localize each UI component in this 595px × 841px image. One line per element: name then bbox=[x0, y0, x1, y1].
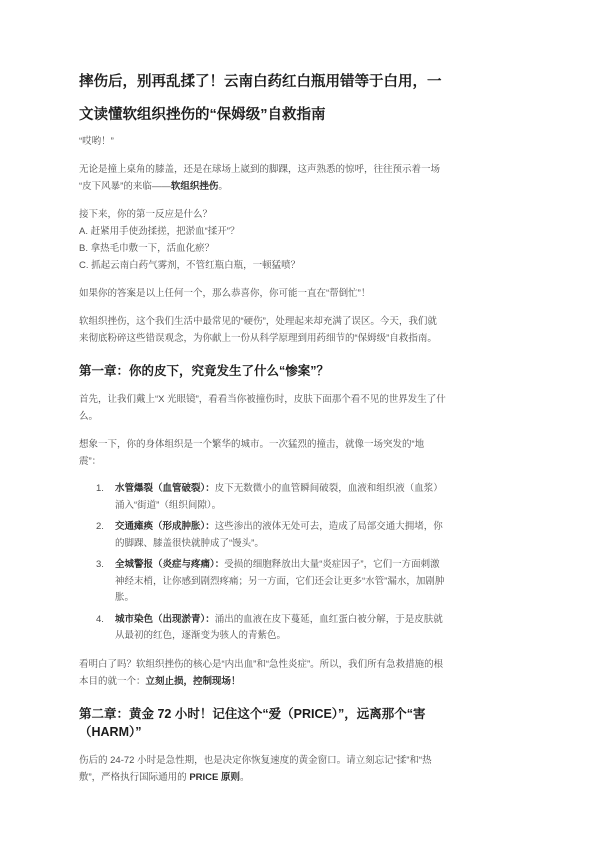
list-item-title: 城市染色（出现淤青）： bbox=[115, 614, 215, 625]
misconception-paragraph: 软组织挫伤，这个我们生活中最常见的“硬伤”，处理起来却充满了误区。今天，我们就来… bbox=[79, 313, 446, 347]
golden-window-period: 。 bbox=[240, 772, 250, 783]
question-option-c: C. 抓起云南白药气雾剂，不管红瓶白瓶，一顿猛喷？ bbox=[79, 257, 446, 274]
chapter2-heading: 第二章：黄金 72 小时！记住这个“爱（PRICE）”，远离那个“害（HARM）… bbox=[79, 705, 446, 741]
list-item-number: 1. bbox=[96, 481, 104, 498]
summary-bold: 立刻止损，控制现场！ bbox=[146, 676, 241, 687]
document-page: 摔伤后，别再乱揉了！云南白药红白瓶用错等于白用，一文读懂软组织挫伤的“保姆级”自… bbox=[0, 0, 595, 841]
list-item-number: 4. bbox=[96, 612, 104, 629]
intro-bold-term: 软组织挫伤 bbox=[171, 181, 219, 192]
price-principle-bold: PRICE 原则 bbox=[189, 772, 240, 783]
chapter1-heading: 第一章：你的皮下，究竟发生了什么“惨案”？ bbox=[79, 362, 446, 380]
list-item-number: 2. bbox=[96, 519, 104, 536]
list-item-title: 全城警报（炎症与疼痛）： bbox=[115, 559, 224, 570]
question-option-a: A. 赶紧用手使劲揉搓，把淤血“揉开”？ bbox=[79, 223, 446, 240]
summary-paragraph: 看明白了吗？软组织挫伤的核心是“内出血”和“急性炎症”。所以，我们所有急救措施的… bbox=[79, 656, 446, 690]
summary-text: 看明白了吗？软组织挫伤的核心是“内出血”和“急性炎症”。所以，我们所有急救措施的… bbox=[79, 659, 443, 687]
city-metaphor-paragraph: 想象一下，你的身体组织是一个繁华的城市。一次猛烈的撞击，就像一场突发的“地震”： bbox=[79, 436, 446, 470]
list-item: 1.水管爆裂（血管破裂）：皮下无数微小的血管瞬间破裂，血液和组织液（血浆）涌入“… bbox=[115, 481, 446, 514]
list-item: 3.全城警报（炎症与疼痛）：受损的细胞释放出大量“炎症因子”，它们一方面刺激神经… bbox=[115, 557, 446, 607]
list-item-number: 3. bbox=[96, 557, 104, 574]
intro-paragraph: 无论是撞上桌角的膝盖，还是在球场上崴到的脚踝，这声熟悉的惊呼，往往预示着一场“皮… bbox=[79, 161, 446, 195]
question-block: 接下来，你的第一反应是什么？ A. 赶紧用手使劲揉搓，把淤血“揉开”？ B. 拿… bbox=[79, 206, 446, 274]
document-title: 摔伤后，别再乱揉了！云南白药红白瓶用错等于白用，一文读懂软组织挫伤的“保姆级”自… bbox=[79, 66, 446, 132]
list-item: 2.交通瘫痪（形成肿胀）：这些渗出的液体无处可去，造成了局部交通大拥堵，你的脚踝… bbox=[115, 519, 446, 552]
question-option-b: B. 拿热毛巾敷一下，活血化瘀？ bbox=[79, 240, 446, 257]
intro-period: 。 bbox=[218, 181, 228, 192]
list-item-title: 水管爆裂（血管破裂）： bbox=[115, 483, 215, 494]
golden-window-text: 伤后的 24-72 小时是急性期，也是决定你恢复速度的黄金窗口。请立刻忘记“揉”… bbox=[79, 755, 432, 783]
golden-window-paragraph: 伤后的 24-72 小时是急性期，也是决定你恢复速度的黄金窗口。请立刻忘记“揉”… bbox=[79, 752, 446, 786]
list-item-title: 交通瘫痪（形成肿胀）： bbox=[115, 521, 215, 532]
injury-list: 1.水管爆裂（血管破裂）：皮下无数微小的血管瞬间破裂，血液和组织液（血浆）涌入“… bbox=[79, 481, 446, 645]
xray-paragraph: 首先，让我们戴上“X 光眼镜”，看看当你被撞伤时，皮肤下面那个看不见的世界发生了… bbox=[79, 391, 446, 425]
list-item: 4.城市染色（出现淤青）：涌出的血液在皮下蔓延，血红蛋白被分解，于是皮肤就从最初… bbox=[115, 612, 446, 645]
question-lead: 接下来，你的第一反应是什么？ bbox=[79, 206, 446, 223]
intro-text: 无论是撞上桌角的膝盖，还是在球场上崴到的脚踝，这声熟悉的惊呼，往往预示着一场“皮… bbox=[79, 164, 440, 192]
answer-note-paragraph: 如果你的答案是以上任何一个，那么恭喜你，你可能一直在“帮倒忙”！ bbox=[79, 285, 446, 302]
exclamation-line: “哎哟！” bbox=[79, 133, 446, 150]
